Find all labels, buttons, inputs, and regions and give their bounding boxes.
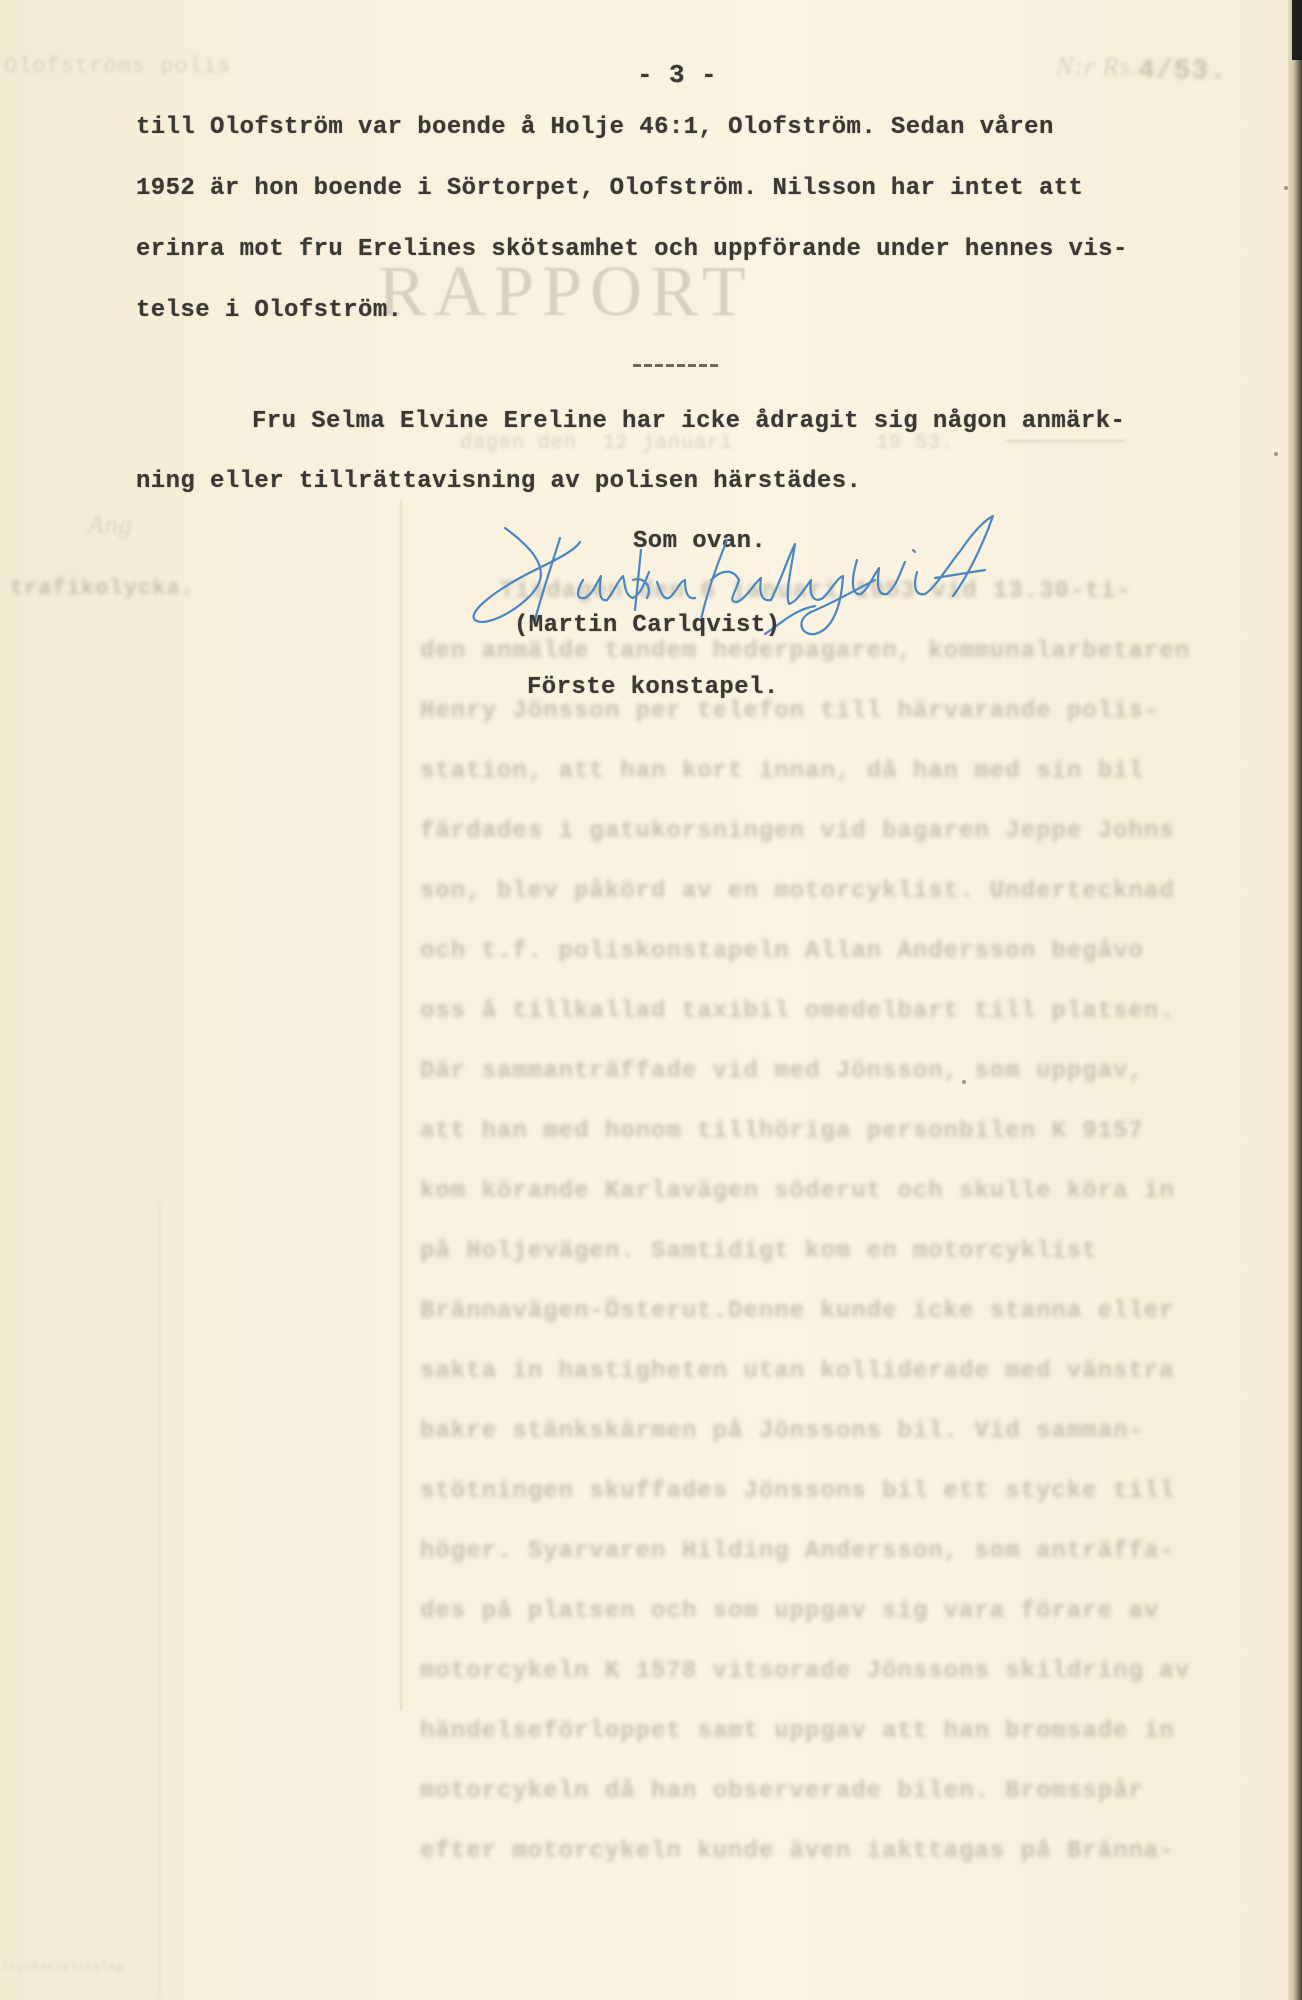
bleed-header-left: Olofströms polis [4,54,231,79]
bleed-line: på Holjevägen. Samtidigt kom en motorcyk… [420,1238,1098,1265]
bleed-margin-subject: trafikolycka. [10,576,195,601]
bleed-line: den anmälde tandem hederpagaren, kommuna… [420,638,1190,665]
bleed-footer-left: Tryckerialstalag [2,1962,124,1974]
bleed-header-right-label: N:r Rs. [1056,52,1138,82]
bleed-line: höger. Syarvaren Hilding Andersson, som … [420,1538,1175,1565]
bleed-line: motorcykeln K 1578 vitsorade Jönssons sk… [420,1658,1190,1685]
paper-speck [1274,452,1278,456]
scanned-document-page: Olofströms polis N:r Rs. 4/53. RAPPORT d… [0,0,1302,2000]
page-edge-shadow [1292,0,1302,60]
bleed-date-line: dagen den 12 januari 19 53. [460,432,954,455]
signatory-name: (Martin Carlqvist) [514,612,780,639]
bleed-line: att han med honom tillhöriga personbilen… [420,1118,1144,1145]
bleed-line: sakta in hastigheten utan kolliderade me… [420,1358,1175,1385]
bleed-margin-rule [158,1200,160,2000]
signatory-title: Förste konstapel. [527,674,779,701]
bleed-line: motorcykeln då han observerade bilen. Br… [420,1778,1144,1805]
text-line: till Olofström var boende å Holje 46:1, … [136,114,1054,141]
bleed-line: stötningen skuffades Jönssons bil ett st… [420,1478,1175,1505]
bleed-header-right-value: 4/53. [1138,56,1227,87]
bleed-margin-label: Ang [88,510,133,540]
bleed-line: station, att han kort innan, då han med … [420,758,1144,785]
bleed-line: efter motorcykeln kunde även iakttagas p… [420,1838,1175,1865]
page-number: - 3 - [637,60,717,90]
bleed-line: och t.f. poliskonstapeln Allan Andersson… [420,938,1144,965]
bleed-line: kom körande Karlavägen söderut och skull… [420,1178,1175,1205]
bleed-line: des på platsen och som uppgav sig vara f… [420,1598,1159,1625]
section-divider [633,364,719,367]
paper-speck [962,1080,966,1084]
bleed-line: färdades i gatukorsningen vid bagaren Je… [420,818,1175,845]
text-line: erinra mot fru Erelines skötsamhet och u… [136,236,1128,263]
text-line: telse i Olofström. [136,297,402,324]
page-edge [1288,0,1302,2000]
bleed-line: bakre stänkskärmen på Jönssons bil. Vid … [420,1418,1144,1445]
text-line: Fru Selma Elvine Ereline har icke ådragi… [252,408,1125,435]
text-line: 1952 är hon boende i Sörtorpet, Olofströ… [136,175,1083,202]
bleed-date-underline [1005,440,1125,442]
text-line: ning eller tillrättavisning av polisen h… [136,468,861,495]
bleed-line: Där sammanträffade vid med Jönsson, som … [420,1058,1144,1085]
bleed-line: son, blev påkörd av en motorcyklist. Und… [420,878,1175,905]
bleed-line: händelseförloppet samt uppgav att han br… [420,1718,1175,1745]
bleed-line: Brännavägen-Österut.Denne kunde icke sta… [420,1298,1175,1325]
bleed-column-rule [400,500,402,1710]
bleed-line: oss å tillkallad taxibil omedelbart till… [420,998,1175,1025]
bleed-line: Henry Jönsson per telefon till härvarand… [420,698,1159,725]
